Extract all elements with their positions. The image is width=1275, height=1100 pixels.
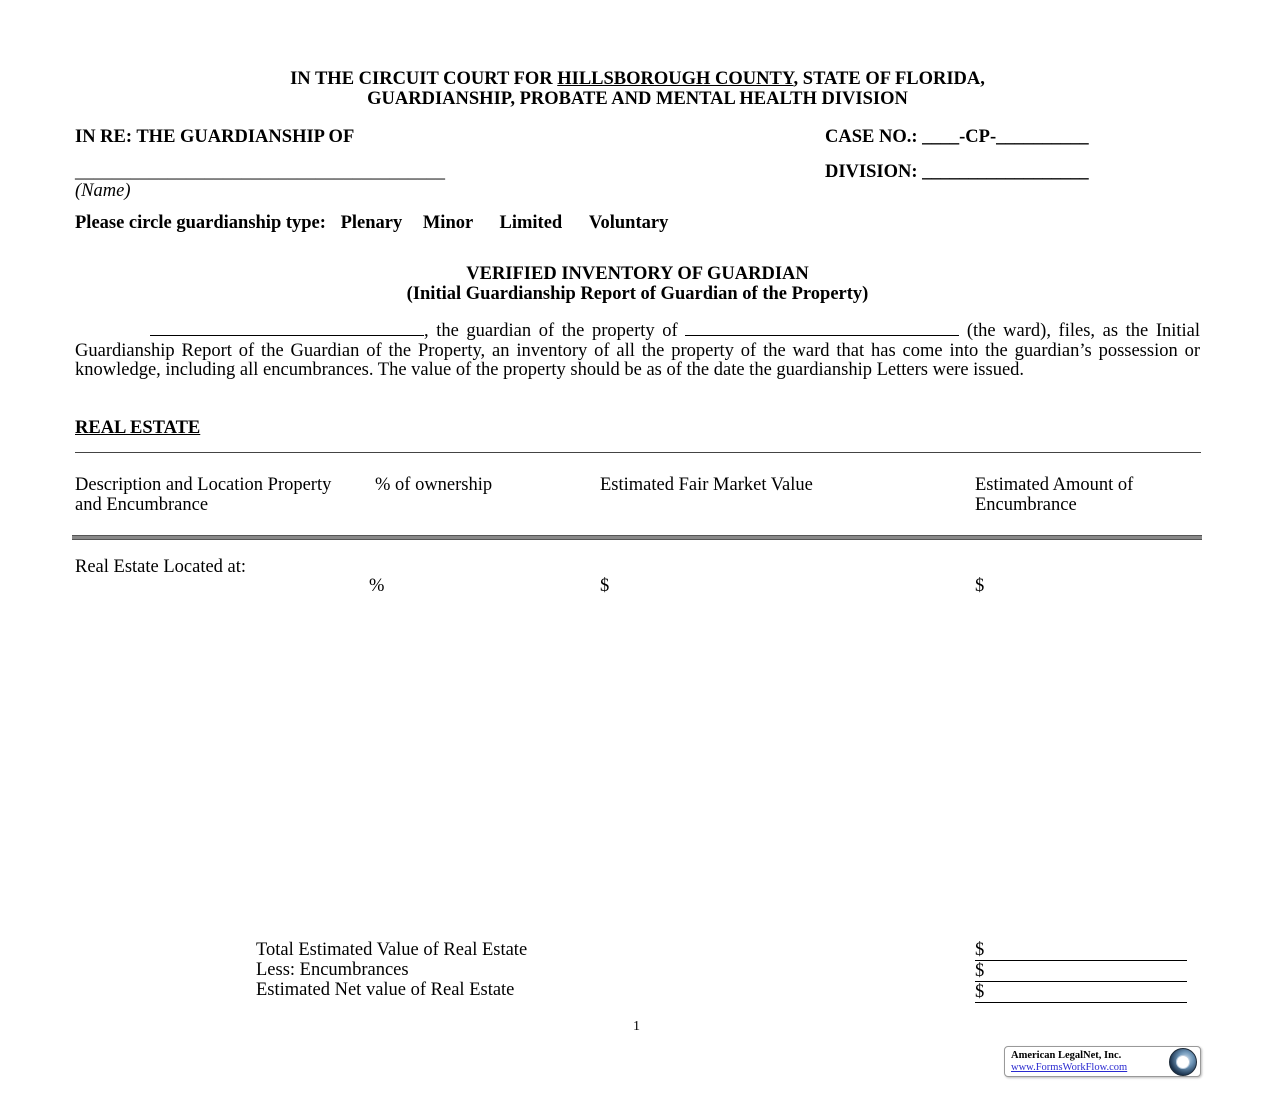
case-number-field[interactable]: ____-CP-__________	[922, 127, 1088, 147]
row-fair-market-value[interactable]: $	[600, 576, 609, 597]
type-option-minor[interactable]: Minor	[423, 213, 473, 233]
ward-name-field[interactable]: ________________________________________	[75, 162, 445, 183]
intro-paragraph: , the guardian of the property of (the w…	[75, 322, 1200, 381]
guardianship-type-row: Please circle guardianship type: Plenary…	[75, 213, 668, 234]
globe-icon	[1169, 1048, 1197, 1076]
header-double-rule	[72, 535, 1202, 540]
footer-logo[interactable]: American LegalNet, Inc. www.FormsWorkFlo…	[1004, 1046, 1201, 1077]
total-label-net: Estimated Net value of Real Estate	[256, 980, 527, 1000]
ward-property-name-field[interactable]	[685, 335, 959, 336]
page-number: 1	[633, 1019, 640, 1035]
intro-text-1: , the guardian of the property of	[424, 321, 685, 341]
dollar-sign: $	[975, 961, 984, 981]
in-re-label: IN RE: THE GUARDIANSHIP OF	[75, 127, 354, 148]
division-field[interactable]: __________________	[922, 162, 1089, 182]
name-label: (Name)	[75, 181, 130, 202]
total-label-encumbrances: Less: Encumbrances	[256, 960, 527, 980]
county-name: HILLSBOROUGH COUNTY	[557, 69, 793, 89]
column-header-fair-market-value: Estimated Fair Market Value	[600, 476, 920, 496]
form-title: VERIFIED INVENTORY OF GUARDIAN	[0, 264, 1275, 284]
dollar-sign: $	[975, 982, 984, 1002]
guardianship-type-prompt: Please circle guardianship type:	[75, 213, 326, 233]
column-header-encumbrance: Estimated Amount of Encumbrance	[975, 476, 1205, 515]
type-option-limited[interactable]: Limited	[500, 213, 563, 233]
court-header-prefix: IN THE CIRCUIT COURT FOR	[290, 69, 557, 89]
form-subtitle: (Initial Guardianship Report of Guardian…	[0, 284, 1275, 304]
logo-url-link[interactable]: www.FormsWorkFlow.com	[1011, 1062, 1127, 1073]
guardian-name-field[interactable]	[150, 335, 424, 336]
row-encumbrance[interactable]: $	[975, 576, 984, 597]
row-description[interactable]: Real Estate Located at:	[75, 557, 246, 578]
court-header-line1: IN THE CIRCUIT COURT FOR HILLSBOROUGH CO…	[0, 69, 1275, 89]
case-number: CASE NO.: ____-CP-__________	[825, 127, 1089, 148]
section-divider	[75, 452, 1201, 453]
case-number-label: CASE NO.:	[825, 127, 918, 147]
division: DIVISION: __________________	[825, 162, 1089, 183]
totals-labels: Total Estimated Value of Real Estate Les…	[256, 940, 527, 1000]
court-header-suffix: , STATE OF FLORIDA,	[794, 69, 985, 89]
court-header-line2: GUARDIANSHIP, PROBATE AND MENTAL HEALTH …	[0, 89, 1275, 109]
real-estate-heading: REAL ESTATE	[75, 418, 200, 439]
total-net-field[interactable]: $	[975, 982, 1187, 1003]
type-option-plenary[interactable]: Plenary	[341, 213, 403, 233]
totals-values: $ $ $	[975, 940, 1187, 1003]
row-ownership[interactable]: %	[369, 576, 384, 597]
total-label-value: Total Estimated Value of Real Estate	[256, 940, 527, 960]
column-header-description: Description and Location Property and En…	[75, 476, 355, 515]
total-value-field[interactable]: $	[975, 940, 1187, 961]
logo-company-name: American LegalNet, Inc.	[1011, 1050, 1121, 1061]
type-option-voluntary[interactable]: Voluntary	[589, 213, 669, 233]
dollar-sign: $	[975, 940, 984, 960]
total-encumbrances-field[interactable]: $	[975, 961, 1187, 982]
division-label: DIVISION:	[825, 162, 918, 182]
column-header-ownership: % of ownership	[375, 476, 575, 496]
